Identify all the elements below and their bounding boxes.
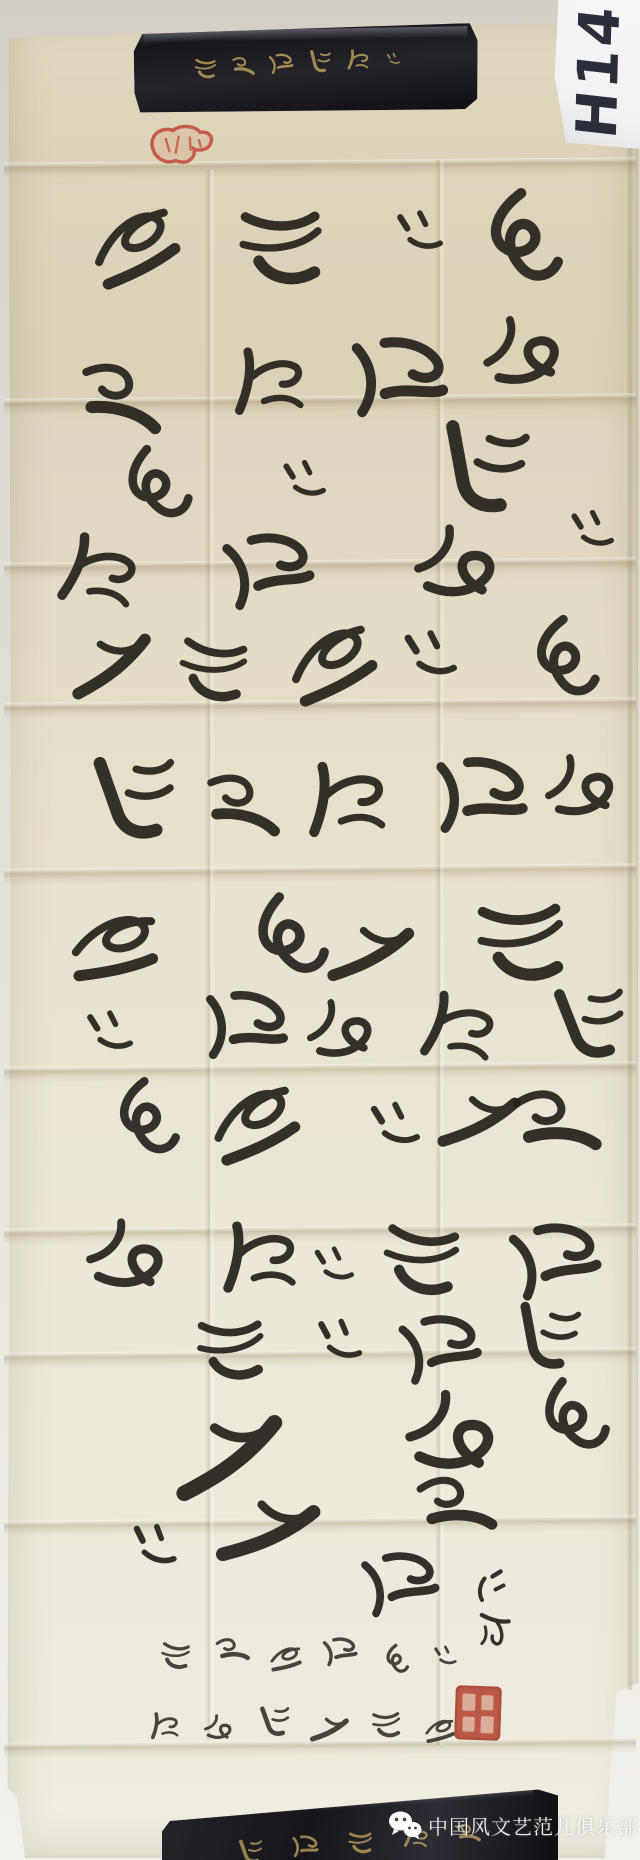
- watermark: 中国风文艺范儿俱乐部: [388, 1810, 638, 1840]
- inventory-label: H14: [550, 0, 640, 149]
- photo-frame: H14 中国风文艺范儿俱乐部: [0, 0, 640, 1860]
- calligraphy-paper: [5, 12, 639, 1860]
- watermark-text: 中国风文艺范儿俱乐部: [428, 1811, 638, 1840]
- paperweight-top: [133, 23, 478, 115]
- inventory-label-text: H14: [565, 0, 633, 141]
- wechat-icon: [388, 1810, 422, 1840]
- paper-edge: [626, 18, 633, 1690]
- artist-square-seal: [454, 1685, 502, 1741]
- crease-line: [435, 160, 445, 1745]
- gourd-seal: [144, 120, 217, 175]
- crease-line: [205, 170, 215, 1740]
